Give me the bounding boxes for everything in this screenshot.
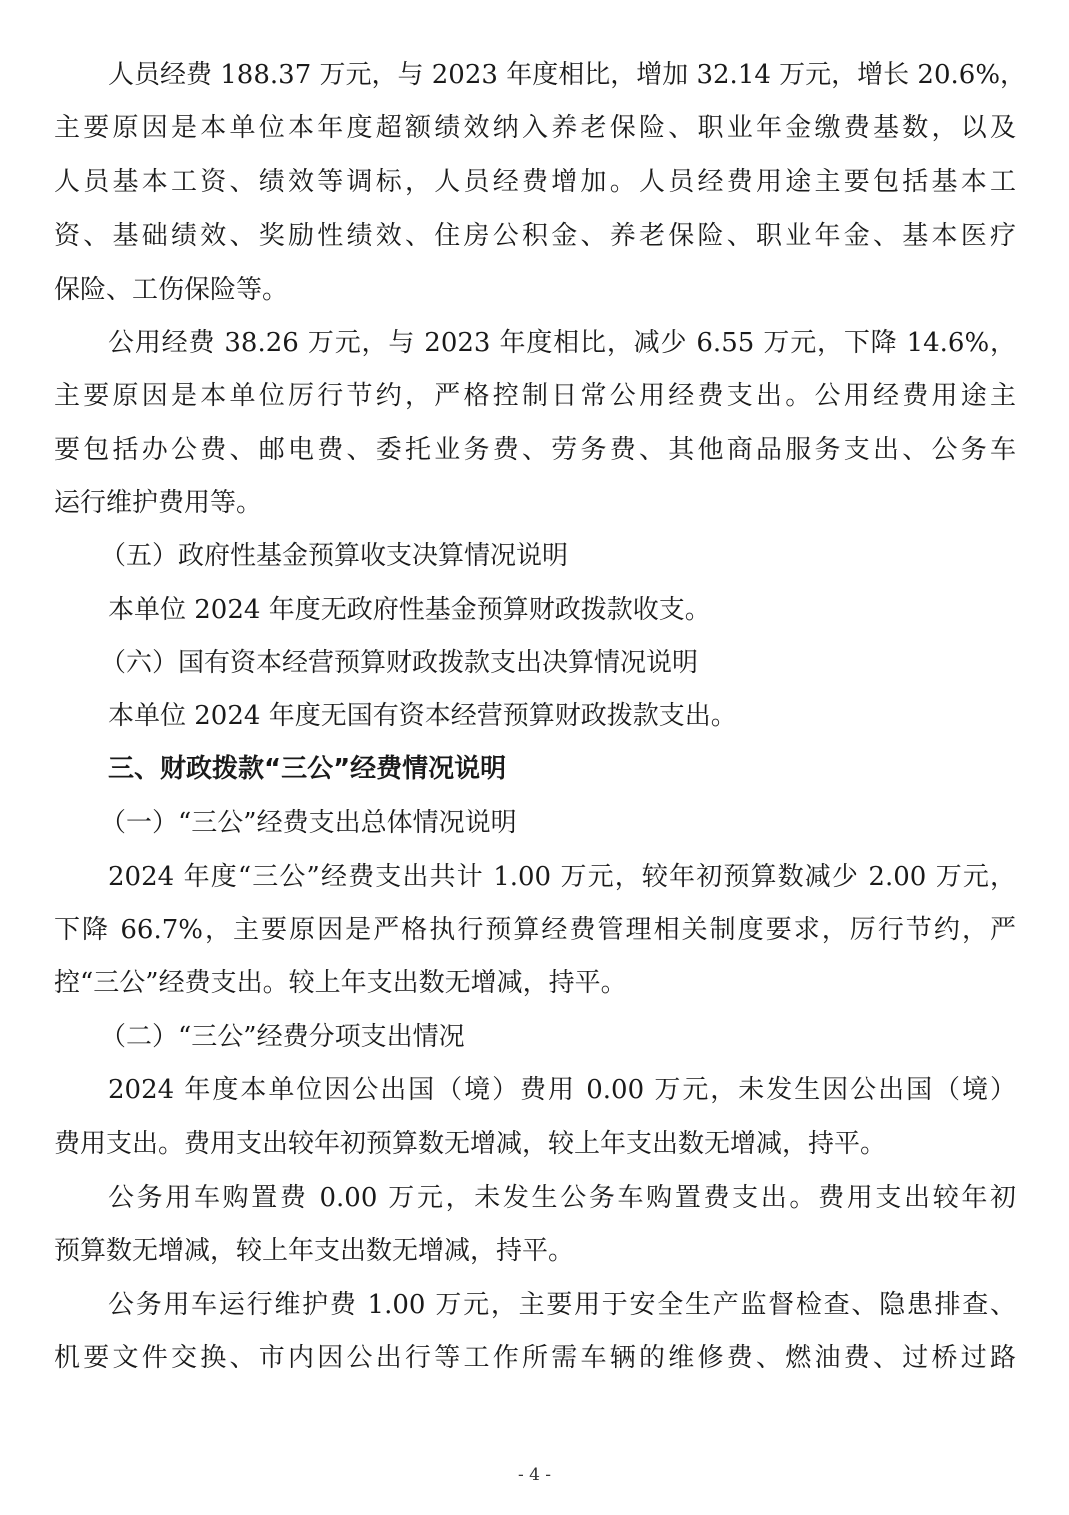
- paragraph-three-public-overall-line-3: 控“三公”经费支出。较上年支出数无增减，持平。: [54, 963, 1016, 1003]
- paragraph-three-public-overall-line-1: 2024 年度“三公”经费支出共计 1.00 万元，较年初预算数减少 2.00 …: [108, 857, 1016, 897]
- document-page: 人员经费 188.37 万元，与 2023 年度相比，增加 32.14 万元，增…: [0, 0, 1069, 1515]
- paragraph-vehicle-purchase-line-1: 公务用车购置费 0.00 万元，未发生公务车购置费支出。费用支出较年初: [108, 1178, 1016, 1218]
- paragraph-public-line-1: 公用经费 38.26 万元，与 2023 年度相比，减少 6.55 万元，下降 …: [108, 323, 1016, 363]
- subheading-three-public-overall: （一）“三公”经费支出总体情况说明: [100, 803, 1008, 843]
- paragraph-government-fund: 本单位 2024 年度无政府性基金预算财政拨款收支。: [108, 590, 1016, 630]
- page-number: - 4 -: [0, 1462, 1069, 1488]
- paragraph-personnel-line-2: 主要原因是本单位本年度超额绩效纳入养老保险、职业年金缴费基数，以及: [54, 108, 1016, 148]
- paragraph-public-line-3: 要包括办公费、邮电费、委托业务费、劳务费、其他商品服务支出、公务车: [54, 430, 1016, 470]
- subheading-state-capital: （六）国有资本经营预算财政拨款支出决算情况说明: [100, 643, 1008, 683]
- paragraph-vehicle-maintenance-line-2: 机要文件交换、市内因公出行等工作所需车辆的维修费、燃油费、过桥过路: [54, 1338, 1016, 1378]
- subheading-government-fund: （五）政府性基金预算收支决算情况说明: [100, 536, 1008, 576]
- paragraph-vehicle-purchase-line-2: 预算数无增减，较上年支出数无增减，持平。: [54, 1231, 1016, 1271]
- paragraph-personnel-line-3: 人员基本工资、绩效等调标，人员经费增加。人员经费用途主要包括基本工: [54, 162, 1016, 202]
- paragraph-personnel-line-1: 人员经费 188.37 万元，与 2023 年度相比，增加 32.14 万元，增…: [108, 55, 1016, 95]
- subheading-three-public-items: （二）“三公”经费分项支出情况: [100, 1017, 1008, 1057]
- paragraph-state-capital: 本单位 2024 年度无国有资本经营预算财政拨款支出。: [108, 696, 1016, 736]
- section-heading-three-public: 三、财政拨款“三公”经费情况说明: [108, 749, 1016, 789]
- paragraph-overseas-line-2: 费用支出。费用支出较年初预算数无增减，较上年支出数无增减，持平。: [54, 1124, 1016, 1164]
- paragraph-public-line-4: 运行维护费用等。: [54, 483, 1016, 523]
- paragraph-public-line-2: 主要原因是本单位厉行节约，严格控制日常公用经费支出。公用经费用途主: [54, 376, 1016, 416]
- paragraph-personnel-line-5: 保险、工伤保险等。: [54, 270, 1016, 310]
- paragraph-personnel-line-4: 资、基础绩效、奖励性绩效、住房公积金、养老保险、职业年金、基本医疗: [54, 216, 1016, 256]
- paragraph-three-public-overall-line-2: 下降 66.7%，主要原因是严格执行预算经费管理相关制度要求，厉行节约，严: [54, 910, 1016, 950]
- paragraph-vehicle-maintenance-line-1: 公务用车运行维护费 1.00 万元，主要用于安全生产监督检查、隐患排查、: [108, 1285, 1016, 1325]
- paragraph-overseas-line-1: 2024 年度本单位因公出国（境）费用 0.00 万元，未发生因公出国（境）: [108, 1070, 1016, 1110]
